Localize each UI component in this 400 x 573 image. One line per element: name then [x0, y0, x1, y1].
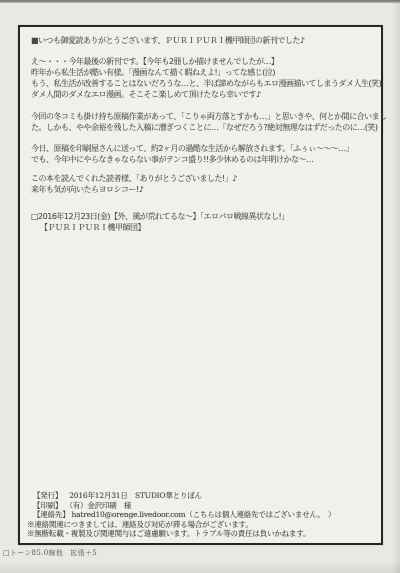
afterword-line: もう、私生活が改善することはないだろうな…と、半ば諦めながらもエロ漫画描いてしま…: [31, 78, 375, 89]
colophon: 【発行】2016年12月31日 STUDIO華とりぼん 【印刷】（有）金沢印刷 …: [27, 491, 376, 539]
print-label: 【印刷】: [33, 501, 62, 510]
afterword-paragraph: 今日、原稿を印刷屋さんに送って、約2ヶ月の過酷な生活から解放されます。「ふぅぃ〜…: [31, 143, 375, 165]
colophon-publish-row: 【発行】2016年12月31日 STUDIO華とりぼん: [27, 491, 376, 501]
colophon-note: ※連絡関連につきましては、連絡及び対応が滞る場合がございます。: [27, 520, 376, 530]
afterword-line: 今回の冬コミも掛け持ち原稿作業があって、「こりゃ両方落とすかも…」と思いきや、何…: [31, 111, 375, 122]
scan-edge-bottom: [0, 561, 400, 573]
afterword-line: ダメ人間のダメなエロ漫画。そこそこ楽しめて頂けたなら幸いです♪: [31, 89, 375, 100]
afterword-line: 来年も気が向いたらヨロシコー!♪: [31, 184, 375, 195]
print-value: （有）金沢印刷 様: [69, 501, 131, 510]
scan-edge-right: [392, 0, 400, 573]
colophon-print-row: 【印刷】（有）金沢印刷 様: [27, 501, 376, 511]
afterword-line: ■いつも御愛読ありがとうございます、ＰＵＲＩＰＵＲＩ機甲師団の新刊でした♪: [31, 35, 375, 46]
afterword-circle-name: 【ＰＵＲＩＰＵＲＩ機甲師団】: [31, 222, 375, 233]
afterword-line: 今日、原稿を印刷屋さんに送って、約2ヶ月の過酷な生活から解放されます。「ふぅぃ〜…: [31, 143, 375, 154]
tone-pencil-note: □トーン85.0線他 拡張＋5: [3, 548, 97, 558]
colophon-note: ※無断転載・複製及び関連関与はご遠慮願います。トラブル等の責任は負いかねます。: [27, 529, 376, 539]
contact-label: 【連絡先】: [33, 510, 70, 519]
afterword-date-line: □2016年12月23日(金)【外、風が荒れてるな〜】「エロパロ戦線異状なし!」: [31, 211, 375, 222]
publish-label: 【発行】: [33, 491, 62, 500]
afterword-paragraph: 今回の冬コミも掛け持ち原稿作業があって、「こりゃ両方落とすかも…」と思いきや、何…: [31, 111, 375, 133]
scan-edge-top: [0, 0, 400, 3]
contact-email: hatred10@orenge.livedoor.com（こちらは個人連絡先では…: [72, 510, 336, 519]
afterword-line: え〜・・・今年最後の新刊です。【今年も2冊しか描けませんでしたが…】: [31, 56, 375, 67]
scanned-afterword-page: { "afterword": { "p1": { "l1": "■いつも御愛読あ…: [0, 0, 400, 573]
afterword-paragraph: え〜・・・今年最後の新刊です。【今年も2冊しか描けませんでしたが…】 昨年から私…: [31, 56, 375, 100]
afterword-line: 昨年から私生活が酷い有様。「漫画なんて描く暇ねえよ!」ってな感じ(泣): [31, 67, 375, 78]
afterword-line: この本を読んでくれた読者様、「ありがとうございました!」♪: [31, 173, 375, 184]
afterword-text: ■いつも御愛読ありがとうございます、ＰＵＲＩＰＵＲＩ機甲師団の新刊でした♪ え〜…: [31, 35, 375, 233]
afterword-border-box: ■いつも御愛読ありがとうございます、ＰＵＲＩＰＵＲＩ機甲師団の新刊でした♪ え〜…: [18, 25, 383, 545]
afterword-line: でも、今年中にやらなきゃならない事がテンコ盛り!!多少休めるのは年明けかな〜…: [31, 154, 375, 165]
afterword-paragraph: ■いつも御愛読ありがとうございます、ＰＵＲＩＰＵＲＩ機甲師団の新刊でした♪: [31, 35, 375, 46]
afterword-line: た。しかも、やや余裕を残した入稿に漕ぎつくことに…「なぜだろう?絶対無理なはずだ…: [31, 122, 375, 133]
afterword-paragraph: この本を読んでくれた読者様、「ありがとうございました!」♪ 来年も気が向いたらヨ…: [31, 173, 375, 195]
colophon-contact-row: 【連絡先】hatred10@orenge.livedoor.com（こちらは個人…: [27, 510, 376, 520]
publish-value: 2016年12月31日 STUDIO華とりぼん: [69, 491, 202, 500]
afterword-signoff: □2016年12月23日(金)【外、風が荒れてるな〜】「エロパロ戦線異状なし!」…: [31, 211, 375, 233]
